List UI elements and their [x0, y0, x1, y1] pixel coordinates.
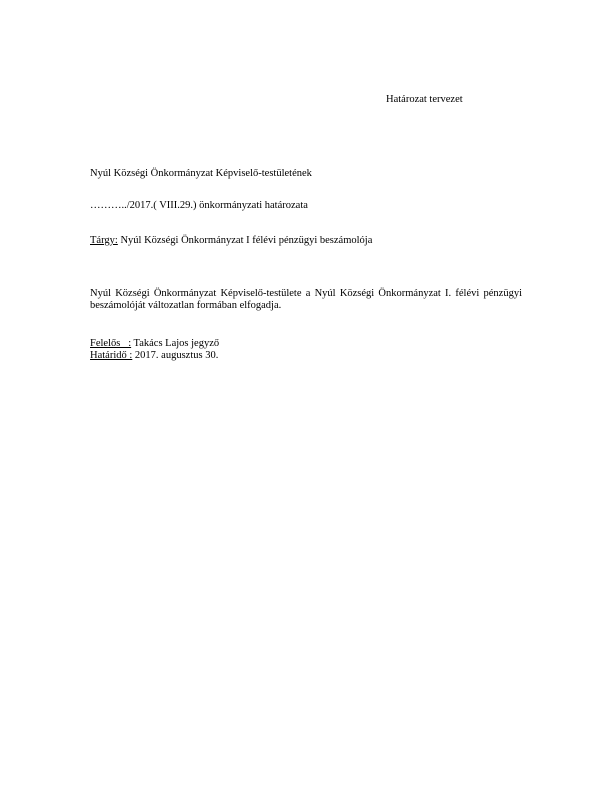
- resolution-body: Nyúl Községi Önkormányzat Képviselő-test…: [90, 288, 522, 312]
- deadline-line: Határidő : 2017. augusztus 30.: [90, 350, 218, 362]
- addressee-line: Nyúl Községi Önkormányzat Képviselő-test…: [90, 168, 312, 180]
- document-title: Határozat tervezet: [386, 94, 463, 106]
- document-page: Határozat tervezet Nyúl Községi Önkormán…: [0, 0, 612, 792]
- deadline-label: Határidő :: [90, 350, 132, 361]
- responsible-label: Felelős :: [90, 338, 131, 349]
- responsible-line: Felelős : Takács Lajos jegyző: [90, 338, 219, 350]
- subject-line: Tárgy: Nyúl Községi Önkormányzat I félév…: [90, 235, 372, 247]
- responsible-value: Takács Lajos jegyző: [131, 338, 219, 349]
- subject-text: Nyúl Községi Önkormányzat I félévi pénzü…: [118, 235, 373, 246]
- resolution-number-line: ………../2017.( VIII.29.) önkormányzati hat…: [90, 200, 308, 212]
- deadline-value: 2017. augusztus 30.: [132, 350, 218, 361]
- subject-label: Tárgy:: [90, 235, 118, 246]
